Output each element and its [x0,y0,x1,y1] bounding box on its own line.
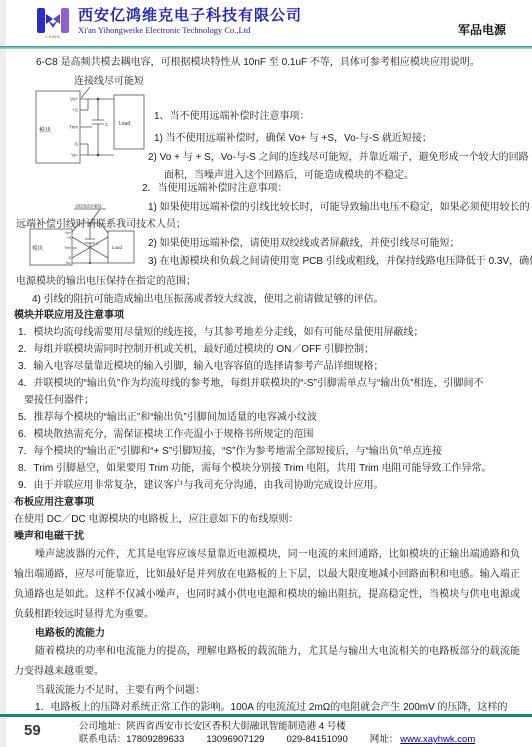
fig1-pin-vo-minus: Vo- [71,153,78,158]
problems-intro: 当载流能力不足时，主要有两个问题： [14,682,520,699]
current-capacity-heading: 电路板的流能力 [14,625,520,642]
phone-label: 联系电话： [79,733,127,746]
noise-heading: 噪声和电磁干扰 [14,528,520,545]
document-body: 6-C8 是高频共模去耦电容，可根据模块特性从 10nF 至 0.1uF 不等，… [0,49,532,716]
no-remote-line2a: 2) Vo + 与 + S，Vo-与-S 之间的连线尽可能短，并靠近端子，避免形… [148,151,529,165]
phone-number: 029-84151090 [286,733,347,746]
parallel-item: 8．Trim 引脚悬空，如果要用 Trim 功能，需每个模块分别接 Trim 电… [18,460,520,477]
compensation-notes-section: 6-C8 是高频共模去耦电容，可根据模块特性从 10nF 至 0.1uF 不等，… [14,55,520,307]
website-label: 网址： [370,733,399,746]
fig2-cap-label: C [96,241,99,246]
fig2-load-label: Load [112,245,123,250]
website-link[interactable]: www.xayhwk.com [400,733,475,746]
layout-section-heading: 布板应用注意事项 [14,494,520,511]
remote-line3b: 电源模块的输出电压保持在指定的范围； [16,275,196,289]
no-remote-title: 1、当不使用远端补偿时注意事项： [154,110,310,124]
parallel-item: 4．并联模块的“输出负”作为均流母线的参考地，每组并联模块的“-S”引脚需单点与… [18,375,520,392]
noise-paragraph: 噪声滤波器的元件，尤其是电容应该尽量靠近电源模块，同一电流的来回通路，比如模块的… [14,545,520,625]
company-name-en: Xi'an Yihongweike Electronic Technology … [78,25,302,36]
layout-intro: 在使用 DC／DC 电源模块的电路板上，应注意如下的布线原则： [14,511,520,528]
fig2-callout-label: 双绞线或屏蔽线 [75,204,102,209]
parallel-item: 5．推荐每个模块的“输出正”和“输出负”引脚间加适量的电容减小纹波 [18,409,520,426]
fig2-pin-minus-s: -S [68,256,72,260]
fig2-pin-vo-minus: Vo- [66,261,71,265]
fig2-module-label: 模块 [32,244,44,252]
fig1-pin-vo-plus: Vo+ [70,97,78,102]
no-remote-line2b: 面积，当噪声进入这个回路后，可能造成模块的不稳定。 [164,169,414,183]
document-page: YHWK 西安亿鸿维克电子科技有限公司 Xi'an Yihongweike El… [0,0,532,747]
remote-line1a: 1) 如果使用远端补偿的引线比较长时，可能导致输出电压不稳定，如果必须使用较长的 [148,201,530,215]
parallel-item: 1．模块均流母线需要用尽量短的线连接，与其参考地差分走线，如有可能尽量使用屏蔽线… [18,324,520,341]
logo-caption: YHWK [45,34,61,39]
figure-remote-sense-circuit: 双绞线或屏蔽线 模块 Vo+ +S Trim -S Vo- [28,201,140,269]
parallel-section-heading: 模块并联应用及注意事项 [14,307,520,324]
page-footer: 59 公司地址：陕西省西安市长安区香积大街融讯智能制造港 4 号楼 联系电话： … [0,717,532,746]
phone-number: 17809289633 [126,733,184,746]
fig2-pin-plus-s: +S [67,236,72,240]
fig2-pin-vo-plus: Vo+ [65,231,71,235]
phone-number: 13096907129 [206,733,264,746]
company-address: 公司地址：陕西省西安市长安区香积大街融讯智能制造港 4 号楼 [79,720,476,733]
remote-line2: 2) 如果使用远端补偿，请使用双绞线或者屏蔽线，并使引线尽可能短； [148,237,460,251]
parallel-item: 3．输入电容尽量靠近模块的输入引脚，输入电容容值的选择请参考产品详细规格； [18,358,520,375]
parallel-item: 9．由于并联应用非常复杂，建议客户与我司充分沟通，由我司协助完成设计应用。 [18,477,520,494]
parallel-item: 6．模块散热需充分，需保证模块工作壳温小于规格书所规定的范围 [18,426,520,443]
current-capacity-paragraph: 随着模块的功率和电流能力的提高，理解电路板的载流能力，尤其是与输出大电流相关的电… [14,642,520,682]
remote-title: 2．当使用远端补偿时注意事项： [142,182,288,196]
no-remote-line1: 1) 当不使用远端补偿时，确保 Vo+ 与 +S，Vo-与-S 就近短接； [154,132,432,146]
fig1-load-label: Load [119,121,130,127]
page-header: YHWK 西安亿鸿维克电子科技有限公司 Xi'an Yihongweike El… [0,0,532,46]
fig1-module-label: 模块 [39,126,51,134]
logo-mark-icon [36,7,70,35]
remote-line4: 4) 引线的阻抗可能造成输出电压振荡或者较大纹波，使用之前请做足够的评估。 [32,293,384,307]
company-logo-icon: YHWK [34,7,72,39]
fig1-pin-trim: Trim [69,125,78,130]
parallel-item-wrap: 要接任何器件； [24,392,520,409]
fig2-pin-trim: Trim [64,246,71,250]
intro-paragraph: 6-C8 是高频共模去耦电容，可根据模块特性从 10nF 至 0.1uF 不等，… [14,55,520,71]
fig1-pin-minus-s: -S [74,142,79,147]
figure-local-sense-circuit: 模块 Vo+ +S Trim -S Vo- C Load [34,87,148,171]
page-number: 59 [24,720,41,746]
remote-line3a: 3) 在电源模块和负载之间请使用宽 PCB 引线或粗线，并保持线路电压降低于 0… [148,255,532,269]
fig1-cap-label: C [105,122,109,127]
company-name-cn: 西安亿鸿维克电子科技有限公司 [78,7,302,25]
doc-category-tag: 军品电源 [458,21,506,39]
fig1-pin-plus-s: +S [72,108,78,113]
parallel-item: 2．每组并联模块需同时控制开机或关机，最好通过模块的 ON／OFF 引脚控制； [18,341,520,358]
parallel-item: 7．每个模块的“输出正”引脚和“+ S”引脚短接，“S”作为参考地需全部短接后，… [18,443,520,460]
